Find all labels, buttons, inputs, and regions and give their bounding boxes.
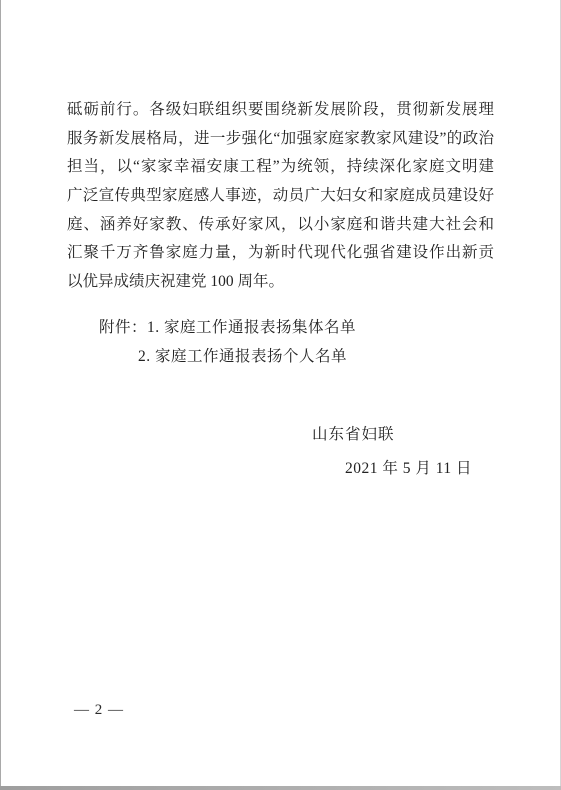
scan-bottom-edge [0, 786, 561, 790]
body-paragraph: 砥砺前行。各级妇联组织要围绕新发展阶段，贯彻新发展理念， 服务新发展格局，进一步… [67, 96, 494, 297]
scan-left-edge [0, 0, 1, 790]
paragraph-line: 汇聚千万齐鲁家庭力量，为新时代现代化强省建设作出新贡献， [67, 239, 494, 268]
paragraph-line: 以优异成绩庆祝建党 100 周年。 [67, 268, 494, 297]
attachment-list-item-2: 2. 家庭工作通报表扬个人名单 [138, 343, 347, 372]
paragraph-line: 砥砺前行。各级妇联组织要围绕新发展阶段，贯彻新发展理念， [67, 96, 494, 125]
signature-organization: 山东省妇联 [312, 421, 395, 450]
paragraph-line: 庭、涵养好家教、传承好家风，以小家庭和谐共建大社会和谐， [67, 211, 494, 240]
attachment-list-item-1: 附件：1. 家庭工作通报表扬集体名单 [99, 314, 356, 343]
paragraph-line: 担当，以“家家幸福安康工程”为统领，持续深化家庭文明建设， [67, 153, 494, 182]
page-number: — 2 — [74, 700, 124, 720]
signature-date: 2021 年 5 月 11 日 [345, 455, 472, 484]
document-page: 砥砺前行。各级妇联组织要围绕新发展阶段，贯彻新发展理念， 服务新发展格局，进一步… [0, 0, 561, 790]
paragraph-line: 广泛宣传典型家庭感人事迹，动员广大妇女和家庭成员建设好家 [67, 182, 494, 211]
paragraph-line: 服务新发展格局，进一步强化“加强家庭家教家风建设”的政治 [67, 125, 494, 154]
